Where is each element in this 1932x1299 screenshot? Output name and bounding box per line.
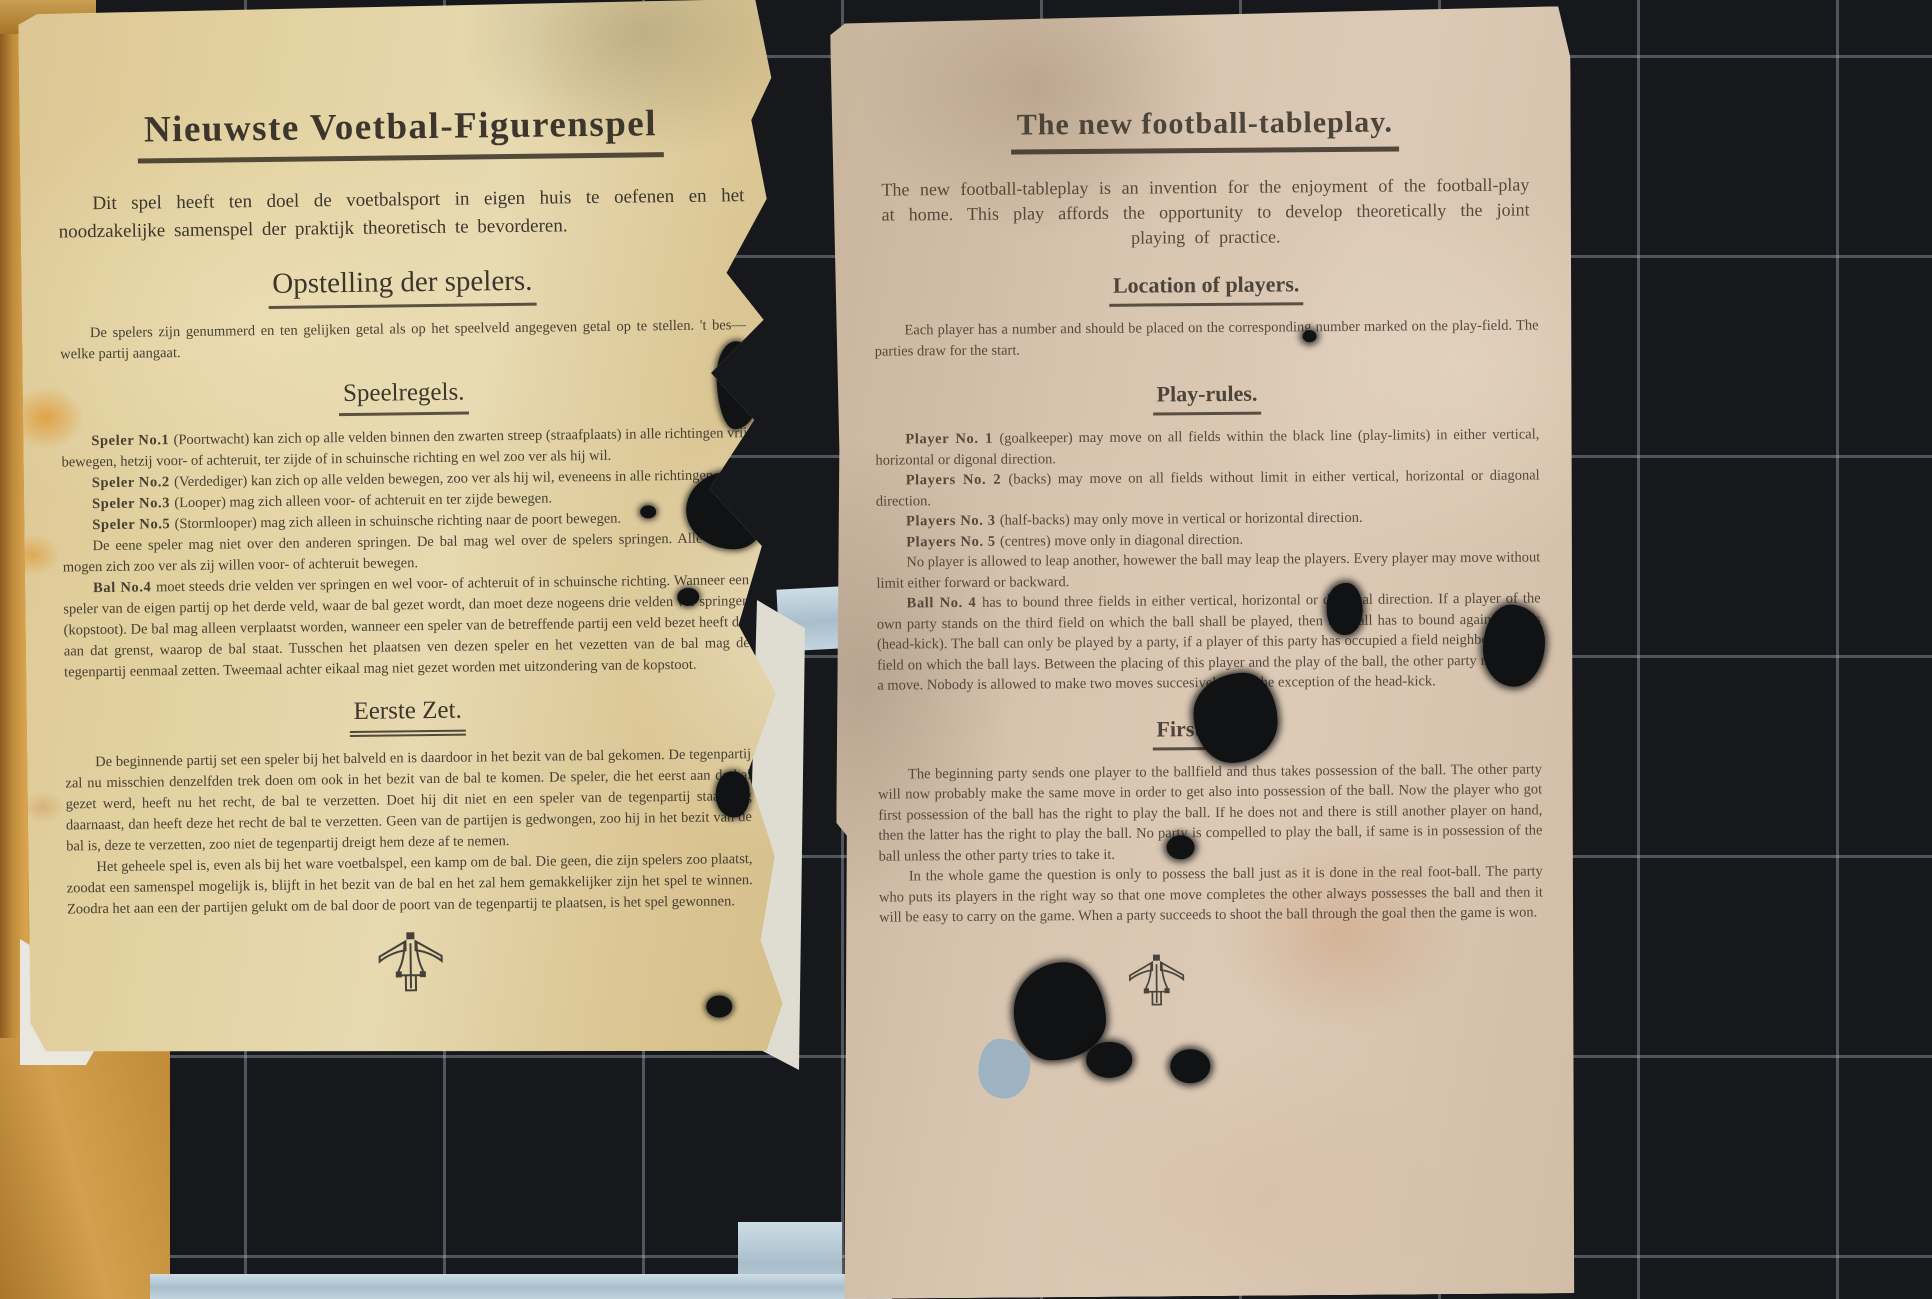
rule-label: Players No. 5 xyxy=(906,533,1000,550)
rule-label: Bal No.4 xyxy=(93,579,156,596)
dutch-firstmove-heading-text: Eerste Zet. xyxy=(349,697,466,737)
rule-paragraph: No player is allowed to leap another, ho… xyxy=(876,547,1540,593)
torn-hole xyxy=(716,341,761,430)
firstmove-paragraph: Het geheele spel is, even als bij het wa… xyxy=(66,849,753,920)
rule-text: (half-backs) may only move in vertical o… xyxy=(1000,510,1363,529)
dutch-setup-body: De spelers zijn genummerd en ten gelijke… xyxy=(60,315,746,365)
rule-text: (Looper) mag zich alleen voor- of achter… xyxy=(174,491,552,512)
rule-label: Speler No.5 xyxy=(92,516,174,533)
english-setup-heading: Location of players. xyxy=(874,269,1538,308)
burn-hole xyxy=(1013,962,1106,1061)
firstmove-paragraph: De beginnende partij set een speler bij … xyxy=(65,744,752,857)
burn-hole xyxy=(1193,673,1278,764)
english-playrules-heading-text: Play-rules. xyxy=(1152,381,1261,416)
rule-text: (Stormlooper) mag zich alleen in schuins… xyxy=(174,511,621,532)
english-rules-page: The new football-tableplay. The new foot… xyxy=(830,6,1580,1299)
rule-label: Speler No.3 xyxy=(92,495,174,512)
rule-label: Speler No.2 xyxy=(92,474,174,491)
rule-paragraph: Players No. 2(backs) may move on all fie… xyxy=(876,465,1540,511)
dutch-rules-page: Nieuwste Voetbal-Figurenspel Dit spel he… xyxy=(18,0,791,1060)
rule-label: Ball No. 4 xyxy=(907,595,983,612)
rule-text: (Verdediger) kan zich op alle velden bew… xyxy=(174,467,717,490)
dutch-setup-heading-text: Opstelling der spelers. xyxy=(268,265,537,309)
printer-emblem-icon xyxy=(67,926,754,1003)
english-setup-heading-text: Location of players. xyxy=(1109,271,1304,307)
burn-hole xyxy=(1303,330,1317,342)
rule-text: moet steeds drie velden ver springen en … xyxy=(63,572,750,680)
blue-tape-bottom xyxy=(150,1274,892,1299)
burn-hole xyxy=(1086,1042,1132,1078)
firstmove-paragraph: In the whole game the question is only t… xyxy=(879,861,1543,928)
dutch-firstmove-heading: Eerste Zet. xyxy=(64,693,750,740)
dutch-intro-paragraph: Dit spel heeft ten doel de voetbalsport … xyxy=(58,182,745,246)
rule-label: Players No. 3 xyxy=(906,513,1000,530)
english-intro-paragraph: The new football-tableplay is an inventi… xyxy=(881,173,1530,253)
dutch-playrules-heading-text: Speelregels. xyxy=(339,379,469,417)
torn-hole xyxy=(978,1038,1030,1098)
english-setup-body: Each player has a number and should be p… xyxy=(874,315,1538,361)
rule-label: Speler No.1 xyxy=(91,432,174,449)
dutch-page-title-text: Nieuwste Voetbal-Figurenspel xyxy=(138,102,664,163)
burn-hole xyxy=(1166,835,1194,859)
dutch-playrules-heading: Speelregels. xyxy=(61,375,747,419)
english-playrules-heading: Play-rules. xyxy=(875,378,1539,417)
rule-label: Player No. 1 xyxy=(905,431,999,448)
torn-hole xyxy=(715,771,750,817)
burn-hole xyxy=(1327,583,1363,635)
firstmove-paragraph: The beginning party sends one player to … xyxy=(878,759,1543,867)
rule-paragraph: Ball No. 4has to bound three fields in e… xyxy=(877,588,1542,696)
rule-paragraph: Bal No.4moet steeds drie velden ver spri… xyxy=(63,570,750,683)
wood-table-bottom xyxy=(0,1038,170,1299)
dutch-page-title: Nieuwste Voetbal-Figurenspel xyxy=(57,101,744,164)
english-page-title: The new football-tableplay. xyxy=(873,104,1537,155)
rule-paragraph: Player No. 1(goalkeeper) may move on all… xyxy=(875,424,1539,470)
rule-text: (centres) move only in diagonal directio… xyxy=(1000,531,1243,549)
rule-text: No player is allowed to leap another, ho… xyxy=(876,549,1540,591)
english-page-title-text: The new football-tableplay. xyxy=(1011,106,1400,155)
printer-emblem-icon xyxy=(879,949,1543,1015)
desk-scene: Nieuwste Voetbal-Figurenspel Dit spel he… xyxy=(0,0,1932,1299)
burn-hole xyxy=(1170,1049,1210,1083)
rule-text: De eene speler mag niet over den anderen… xyxy=(63,530,749,575)
dutch-setup-heading: Opstelling der spelers. xyxy=(59,262,745,311)
torn-hole xyxy=(706,995,732,1017)
rule-label: Players No. 2 xyxy=(906,472,1009,489)
